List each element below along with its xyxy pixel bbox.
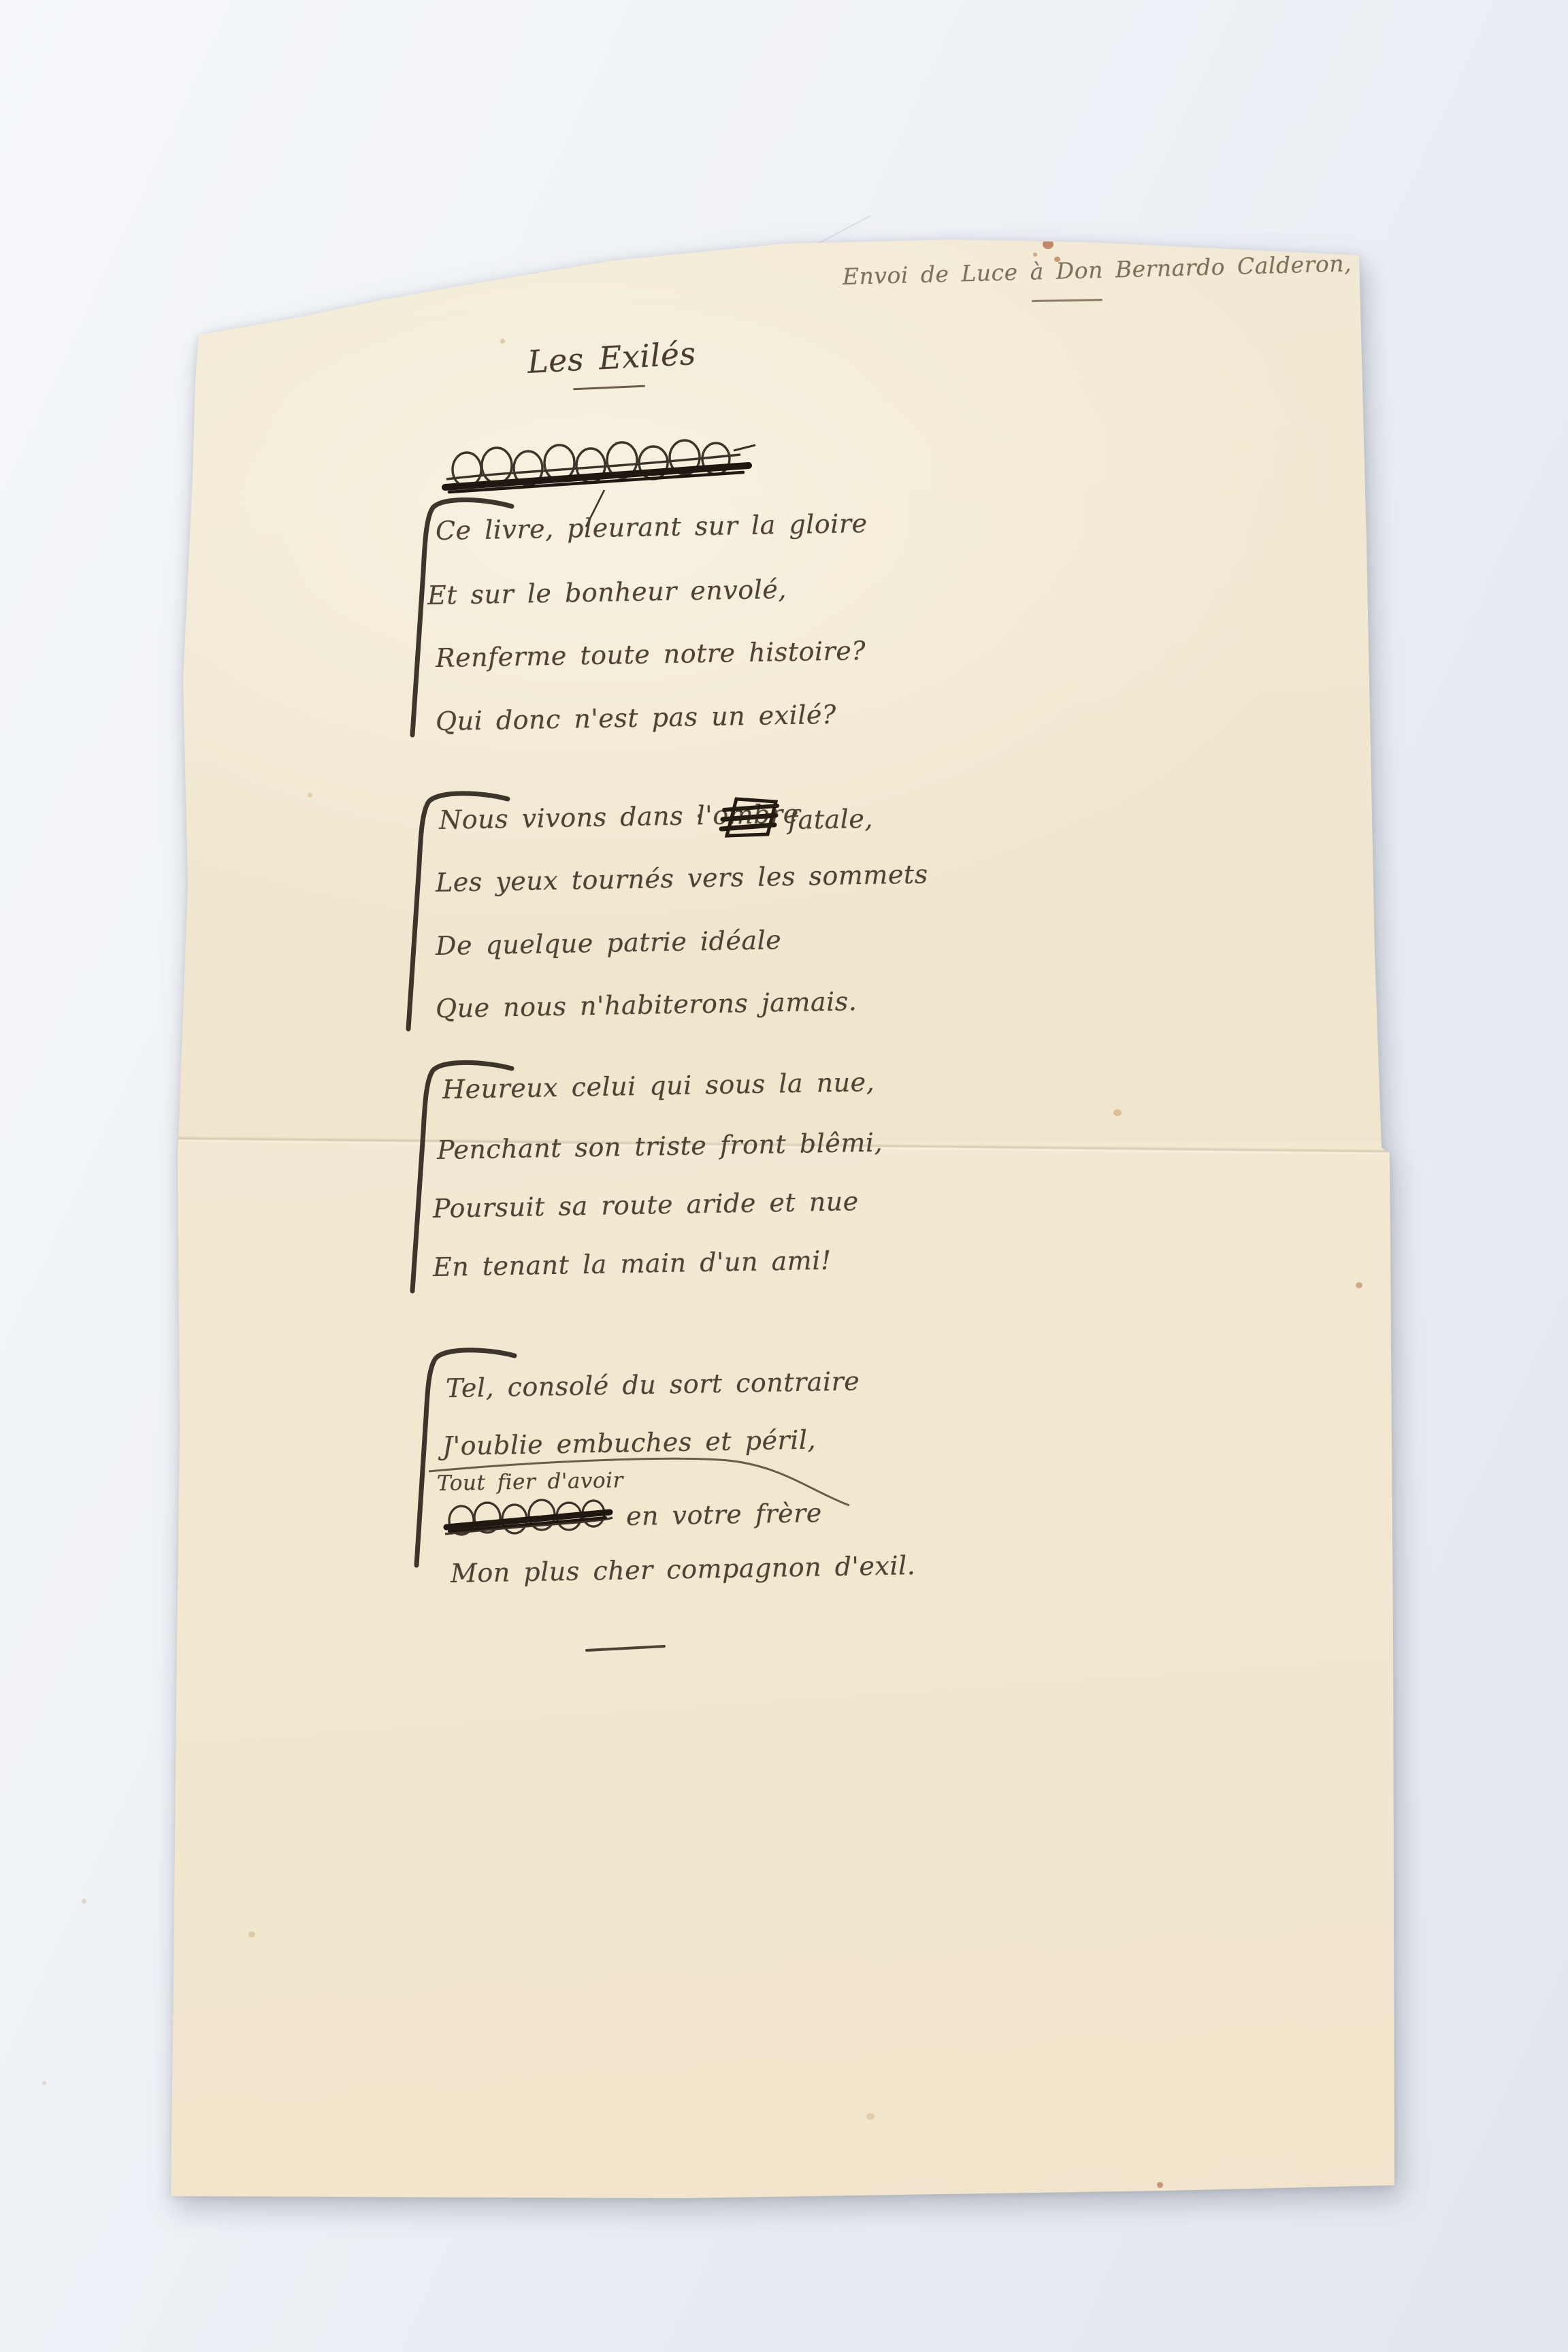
- foxing-spot: [500, 339, 505, 344]
- poem-line: Les yeux tournés vers les sommets: [435, 853, 928, 903]
- poem-line-fragment: en votre frère: [625, 1492, 822, 1537]
- foxing-spot: [248, 1931, 255, 1938]
- poem-line: Et sur le bonheur envolé,: [427, 569, 787, 616]
- poem-line: Que nous n'habiterons jamais.: [435, 981, 857, 1029]
- poem-line: Penchant son triste front blêmi,: [436, 1122, 883, 1171]
- foxing-spot: [1157, 2182, 1163, 2188]
- foxing-spot: [1113, 1109, 1122, 1116]
- foxing-spot: [866, 2113, 875, 2120]
- paper-lower-half-tone: [163, 1142, 1405, 2209]
- poem-line: En tenant la main d'un ami!: [432, 1240, 832, 1288]
- poem-line-fragment: fatale,: [787, 798, 873, 840]
- poem-line: Renferme toute notre histoire?: [435, 630, 866, 679]
- poem-line: Qui donc n'est pas un exilé?: [435, 694, 836, 742]
- poem-line: Ce livre, pleurant sur la gloire: [435, 503, 868, 551]
- poem-line: De quelque patrie idéale: [435, 919, 781, 966]
- poem-line: Poursuit sa route aride et nue: [432, 1181, 859, 1229]
- photo-stage: Envoi de Luce à Don Bernardo Calderon, L…: [0, 0, 1568, 2352]
- foxing-spot: [1356, 1282, 1362, 1288]
- foxing-spot: [1043, 240, 1053, 249]
- poem-line: Mon plus cher compagnon d'exil.: [450, 1545, 915, 1594]
- manuscript-paper-wrapper: [0, 0, 1568, 2352]
- foxing-spot: [308, 793, 312, 798]
- poem-line: Heureux celui qui sous la nue,: [442, 1062, 875, 1110]
- poem-title: Les Exilés: [526, 331, 697, 384]
- manuscript-paper: [0, 0, 1568, 2352]
- poem-line: Tel, consolé du sort contraire: [445, 1360, 860, 1409]
- struck-out-word-box: [716, 794, 781, 841]
- struck-out-words: [442, 1494, 617, 1543]
